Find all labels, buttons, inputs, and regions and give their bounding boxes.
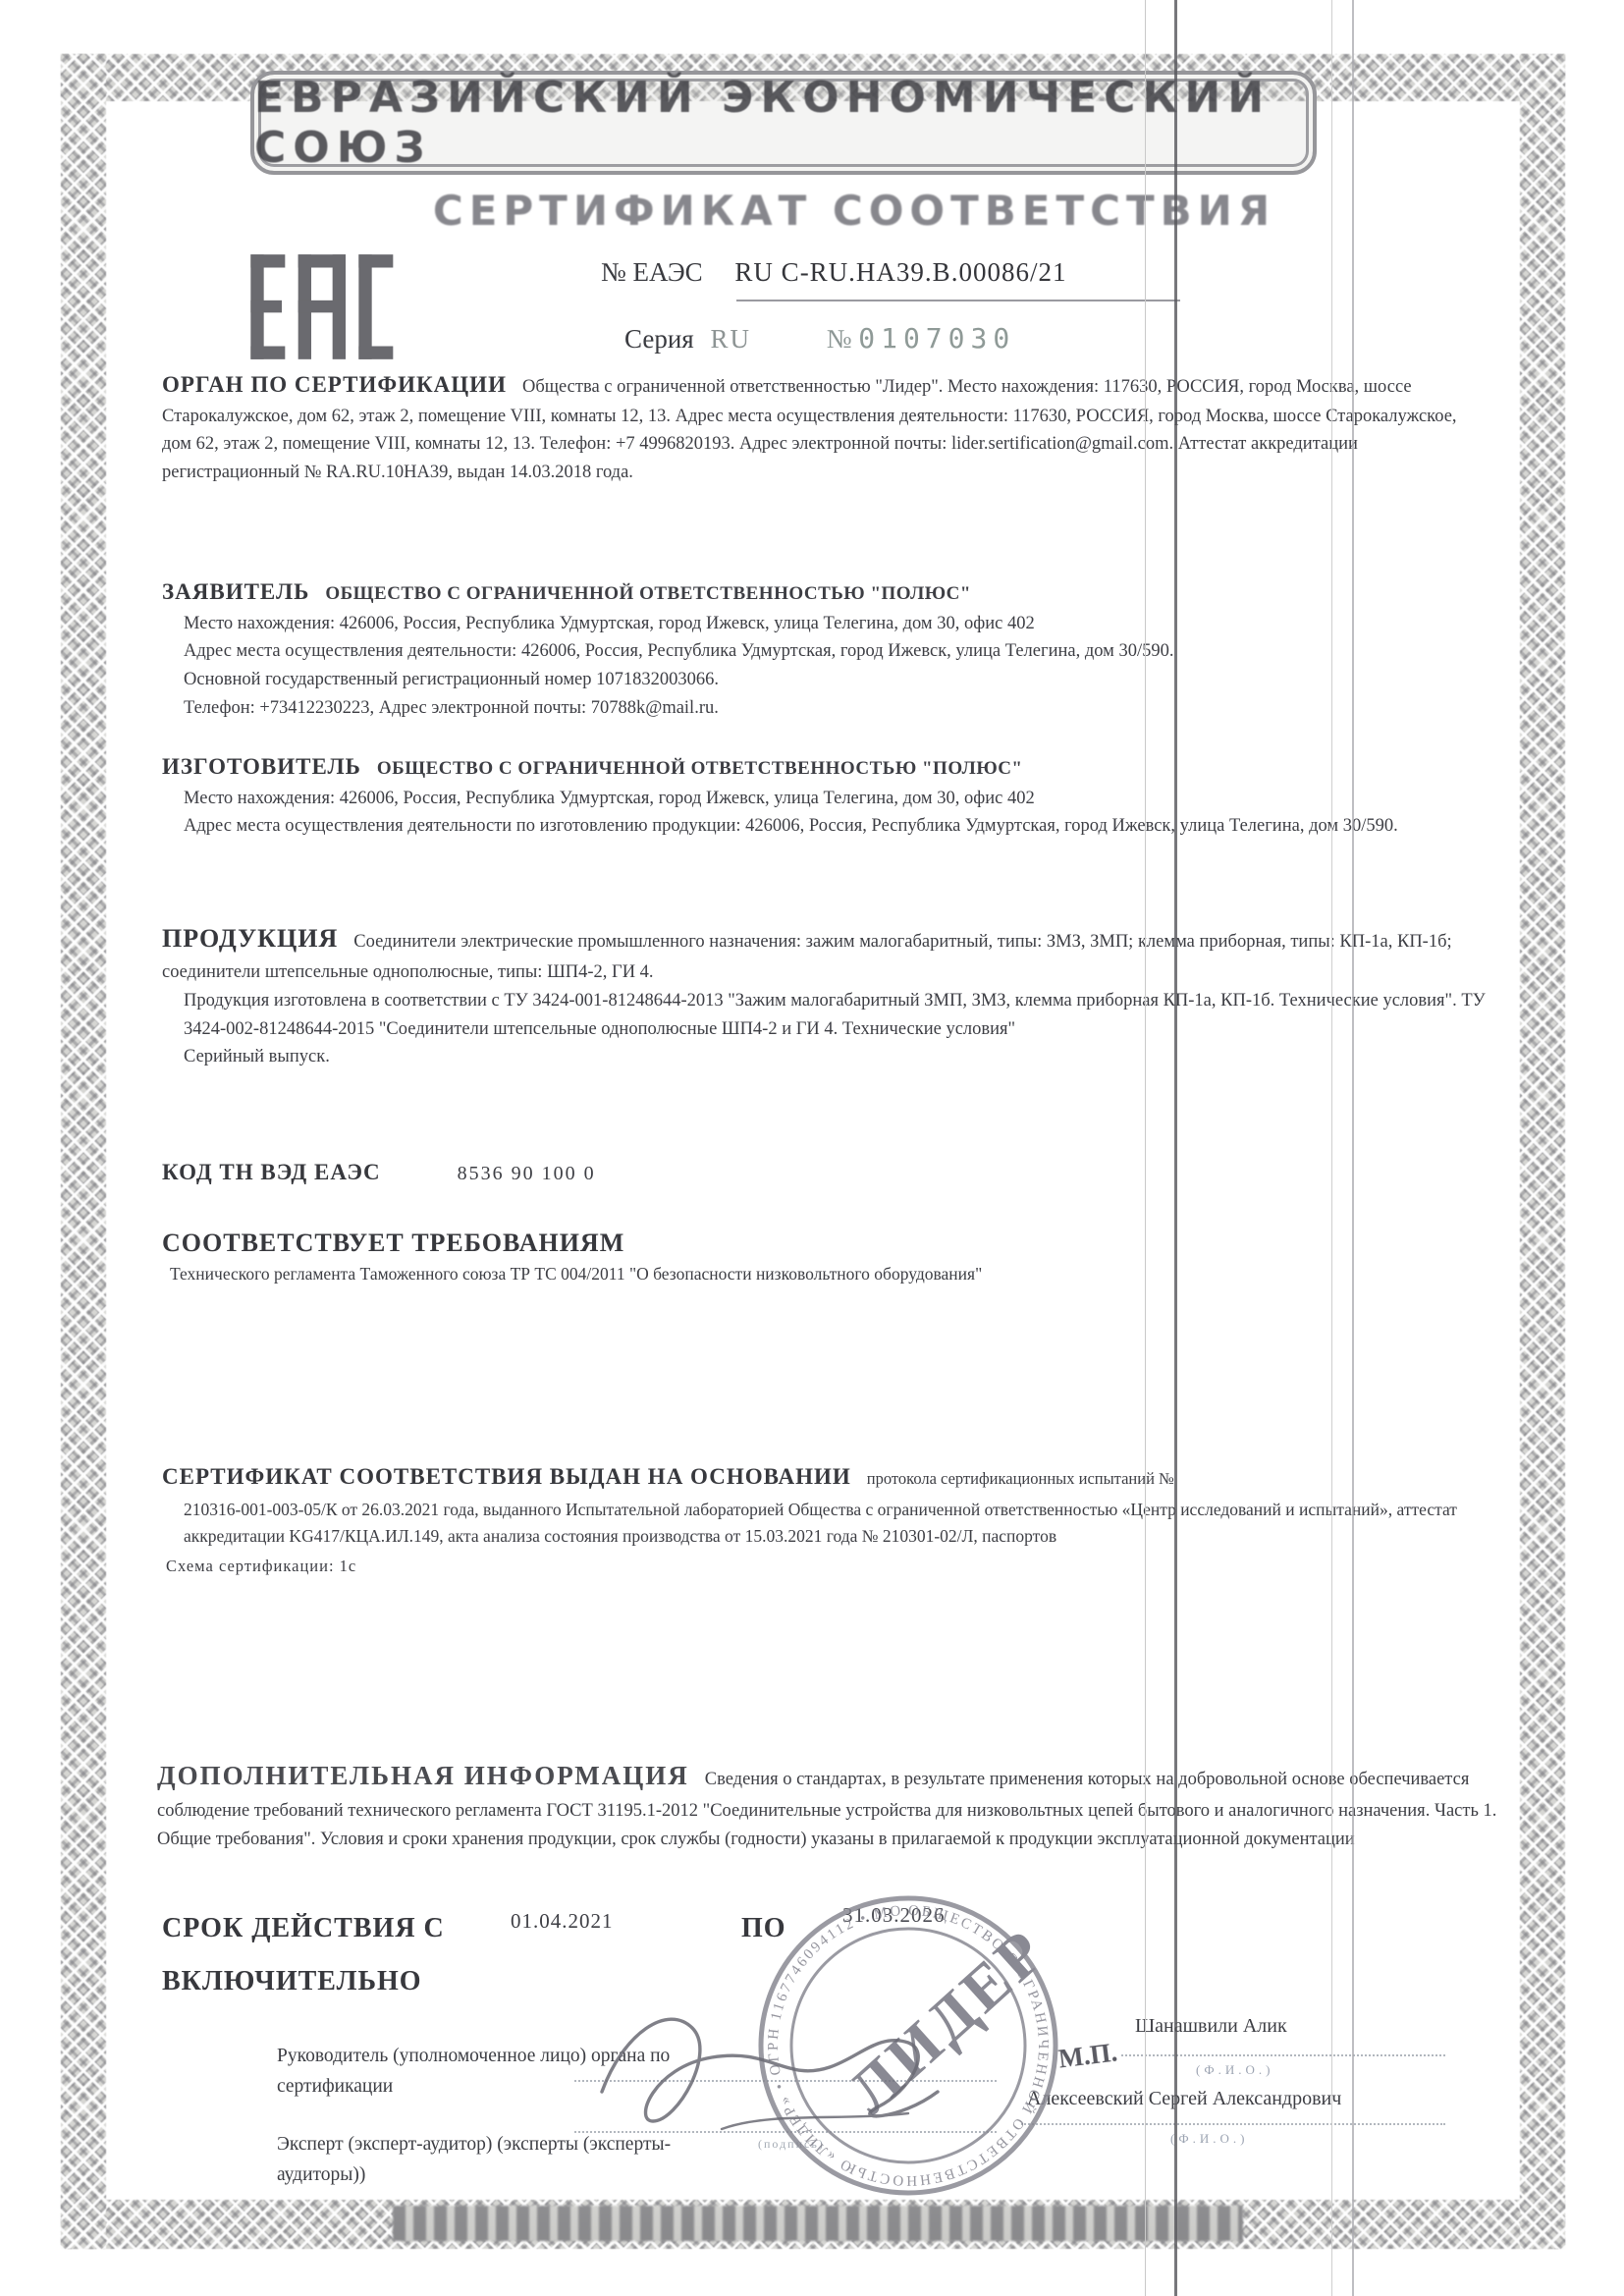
products-standards: Продукция изготовлена в соответствии с Т… (162, 987, 1499, 1043)
section-additional-info: ДОПОЛНИТЕЛЬНАЯ ИНФОРМАЦИЯСведения о стан… (157, 1756, 1514, 1853)
name-line (1121, 2054, 1445, 2056)
blank-number-label: № (827, 324, 852, 354)
stamp-place-mark: М.П. (1056, 2037, 1118, 2074)
section-title: ИЗГОТОВИТЕЛЬ (162, 754, 361, 779)
section-products: ПРОДУКЦИЯСоединители электрические промы… (162, 919, 1499, 1071)
series-label: Серия (624, 324, 694, 354)
tnved-code-value: 8536 90 100 0 (458, 1163, 596, 1184)
series-line: Серия RU № 0107030 (624, 322, 1015, 355)
validity-inclusive-label: ВКЛЮЧИТЕЛЬНО (162, 1966, 422, 1997)
section-title: СЕРТИФИКАТ СООТВЕТСТВИЯ ВЫДАН НА ОСНОВАН… (162, 1464, 851, 1489)
complies-text: Технического регламента Таможенного союз… (162, 1264, 982, 1284)
certificate-number-label: № ЕАЭС (601, 257, 703, 287)
manufacturer-activity-address: Адрес места осуществления деятельности п… (162, 812, 1499, 841)
document-title: СЕРТИФИКАТ СООТВЕТСТВИЯ (412, 187, 1296, 235)
products-serial: Серийный выпуск. (162, 1043, 1499, 1071)
guilloche-border-left (61, 54, 106, 2249)
union-banner-text: ЕВРАЗИЙСКИЙ ЭКОНОМИЧЕСКИЙ СОЮЗ (254, 73, 1313, 173)
expert-name: Алексеевский Сергей Александрович (1027, 2088, 1341, 2110)
applicant-contacts: Телефон: +73412230223, Адрес электронной… (162, 694, 1489, 723)
scan-artifact-line (1352, 0, 1354, 2296)
section-title: ОРГАН ПО СЕРТИФИКАЦИИ (162, 372, 507, 397)
blank-number-value: 0107030 (858, 322, 1015, 355)
section-title: ПРОДУКЦИЯ (162, 924, 338, 953)
manufacturer-address: Место нахождения: 426006, Россия, Респуб… (162, 785, 1499, 813)
validity-from-date: 01.04.2021 (511, 1909, 614, 1934)
section-issued-on-basis: СЕРТИФИКАТ СООТВЕТСТВИЯ ВЫДАН НА ОСНОВАН… (162, 1459, 1512, 1595)
certificate-number-line: № ЕАЭС RU C-RU.HA39.B.00086/21 (601, 257, 1066, 288)
products-description: Соединители электрические промышленного … (162, 932, 1452, 982)
applicant-address: Место нахождения: 426006, Россия, Респуб… (162, 610, 1489, 638)
validity-from-label: СРОК ДЕЙСТВИЯ С (162, 1913, 445, 1944)
signature-stroke (584, 1974, 1056, 2180)
guilloche-border-right (1520, 54, 1565, 2249)
number-underline (736, 300, 1180, 301)
applicant-ogrn: Основной государственный регистрационный… (162, 666, 1489, 694)
certification-scheme: Схема сертификации: 1с (162, 1554, 1512, 1579)
section-manufacturer: ИЗГОТОВИТЕЛЬОБЩЕСТВО С ОГРАНИЧЕННОЙ ОТВЕ… (162, 749, 1499, 841)
section-title: СООТВЕТСТВУЕТ ТРЕБОВАНИЯМ (162, 1224, 1484, 1263)
basis-text: 210316-001-003-05/К от 26.03.2021 года, … (162, 1497, 1512, 1550)
name-line (1021, 2123, 1445, 2125)
section-tnved-code: КОД ТН ВЭД ЕАЭС8536 90 100 0 (162, 1155, 1340, 1190)
section-applicant: ЗАЯВИТЕЛЬОБЩЕСТВО С ОГРАНИЧЕННОЙ ОТВЕТСТ… (162, 574, 1489, 722)
certificate-scan-page: { "colors": { "ink": "#3d3e44", "stamp_g… (0, 0, 1624, 2296)
basis-lead: протокола сертификационных испытаний № (867, 1469, 1174, 1488)
applicant-activity-address: Адрес места осуществления деятельности: … (162, 637, 1489, 666)
microtext-strip (393, 2206, 1243, 2241)
union-banner: ЕВРАЗИЙСКИЙ ЭКОНОМИЧЕСКИЙ СОЮЗ (250, 71, 1317, 175)
fio-caption: (Ф.И.О.) (1170, 2131, 1248, 2147)
section-title: КОД ТН ВЭД ЕАЭС (162, 1160, 381, 1184)
manufacturer-name: ОБЩЕСТВО С ОГРАНИЧЕННОЙ ОТВЕТСТВЕННОСТЬЮ… (377, 758, 1023, 779)
eac-mark-icon (247, 236, 395, 383)
scan-artifact-line (1145, 0, 1146, 2296)
scan-artifact-line (1174, 0, 1177, 2296)
applicant-name: ОБЩЕСТВО С ОГРАНИЧЕННОЙ ОТВЕТСТВЕННОСТЬЮ… (325, 583, 971, 604)
fio-caption: (Ф.И.О.) (1196, 2062, 1273, 2078)
section-title: ДОПОЛНИТЕЛЬНАЯ ИНФОРМАЦИЯ (157, 1761, 689, 1790)
section-certification-body: ОРГАН ПО СЕРТИФИКАЦИИОбщества с ограниче… (162, 367, 1489, 487)
scan-artifact-line (1331, 0, 1332, 2296)
head-name: Шанашвили Алик (1135, 2015, 1287, 2038)
certificate-number-value: RU C-RU.HA39.B.00086/21 (734, 257, 1066, 287)
section-title: ЗАЯВИТЕЛЬ (162, 579, 309, 604)
series-value: RU (710, 324, 751, 354)
section-complies-with: СООТВЕТСТВУЕТ ТРЕБОВАНИЯМ Технического р… (162, 1224, 1499, 1289)
